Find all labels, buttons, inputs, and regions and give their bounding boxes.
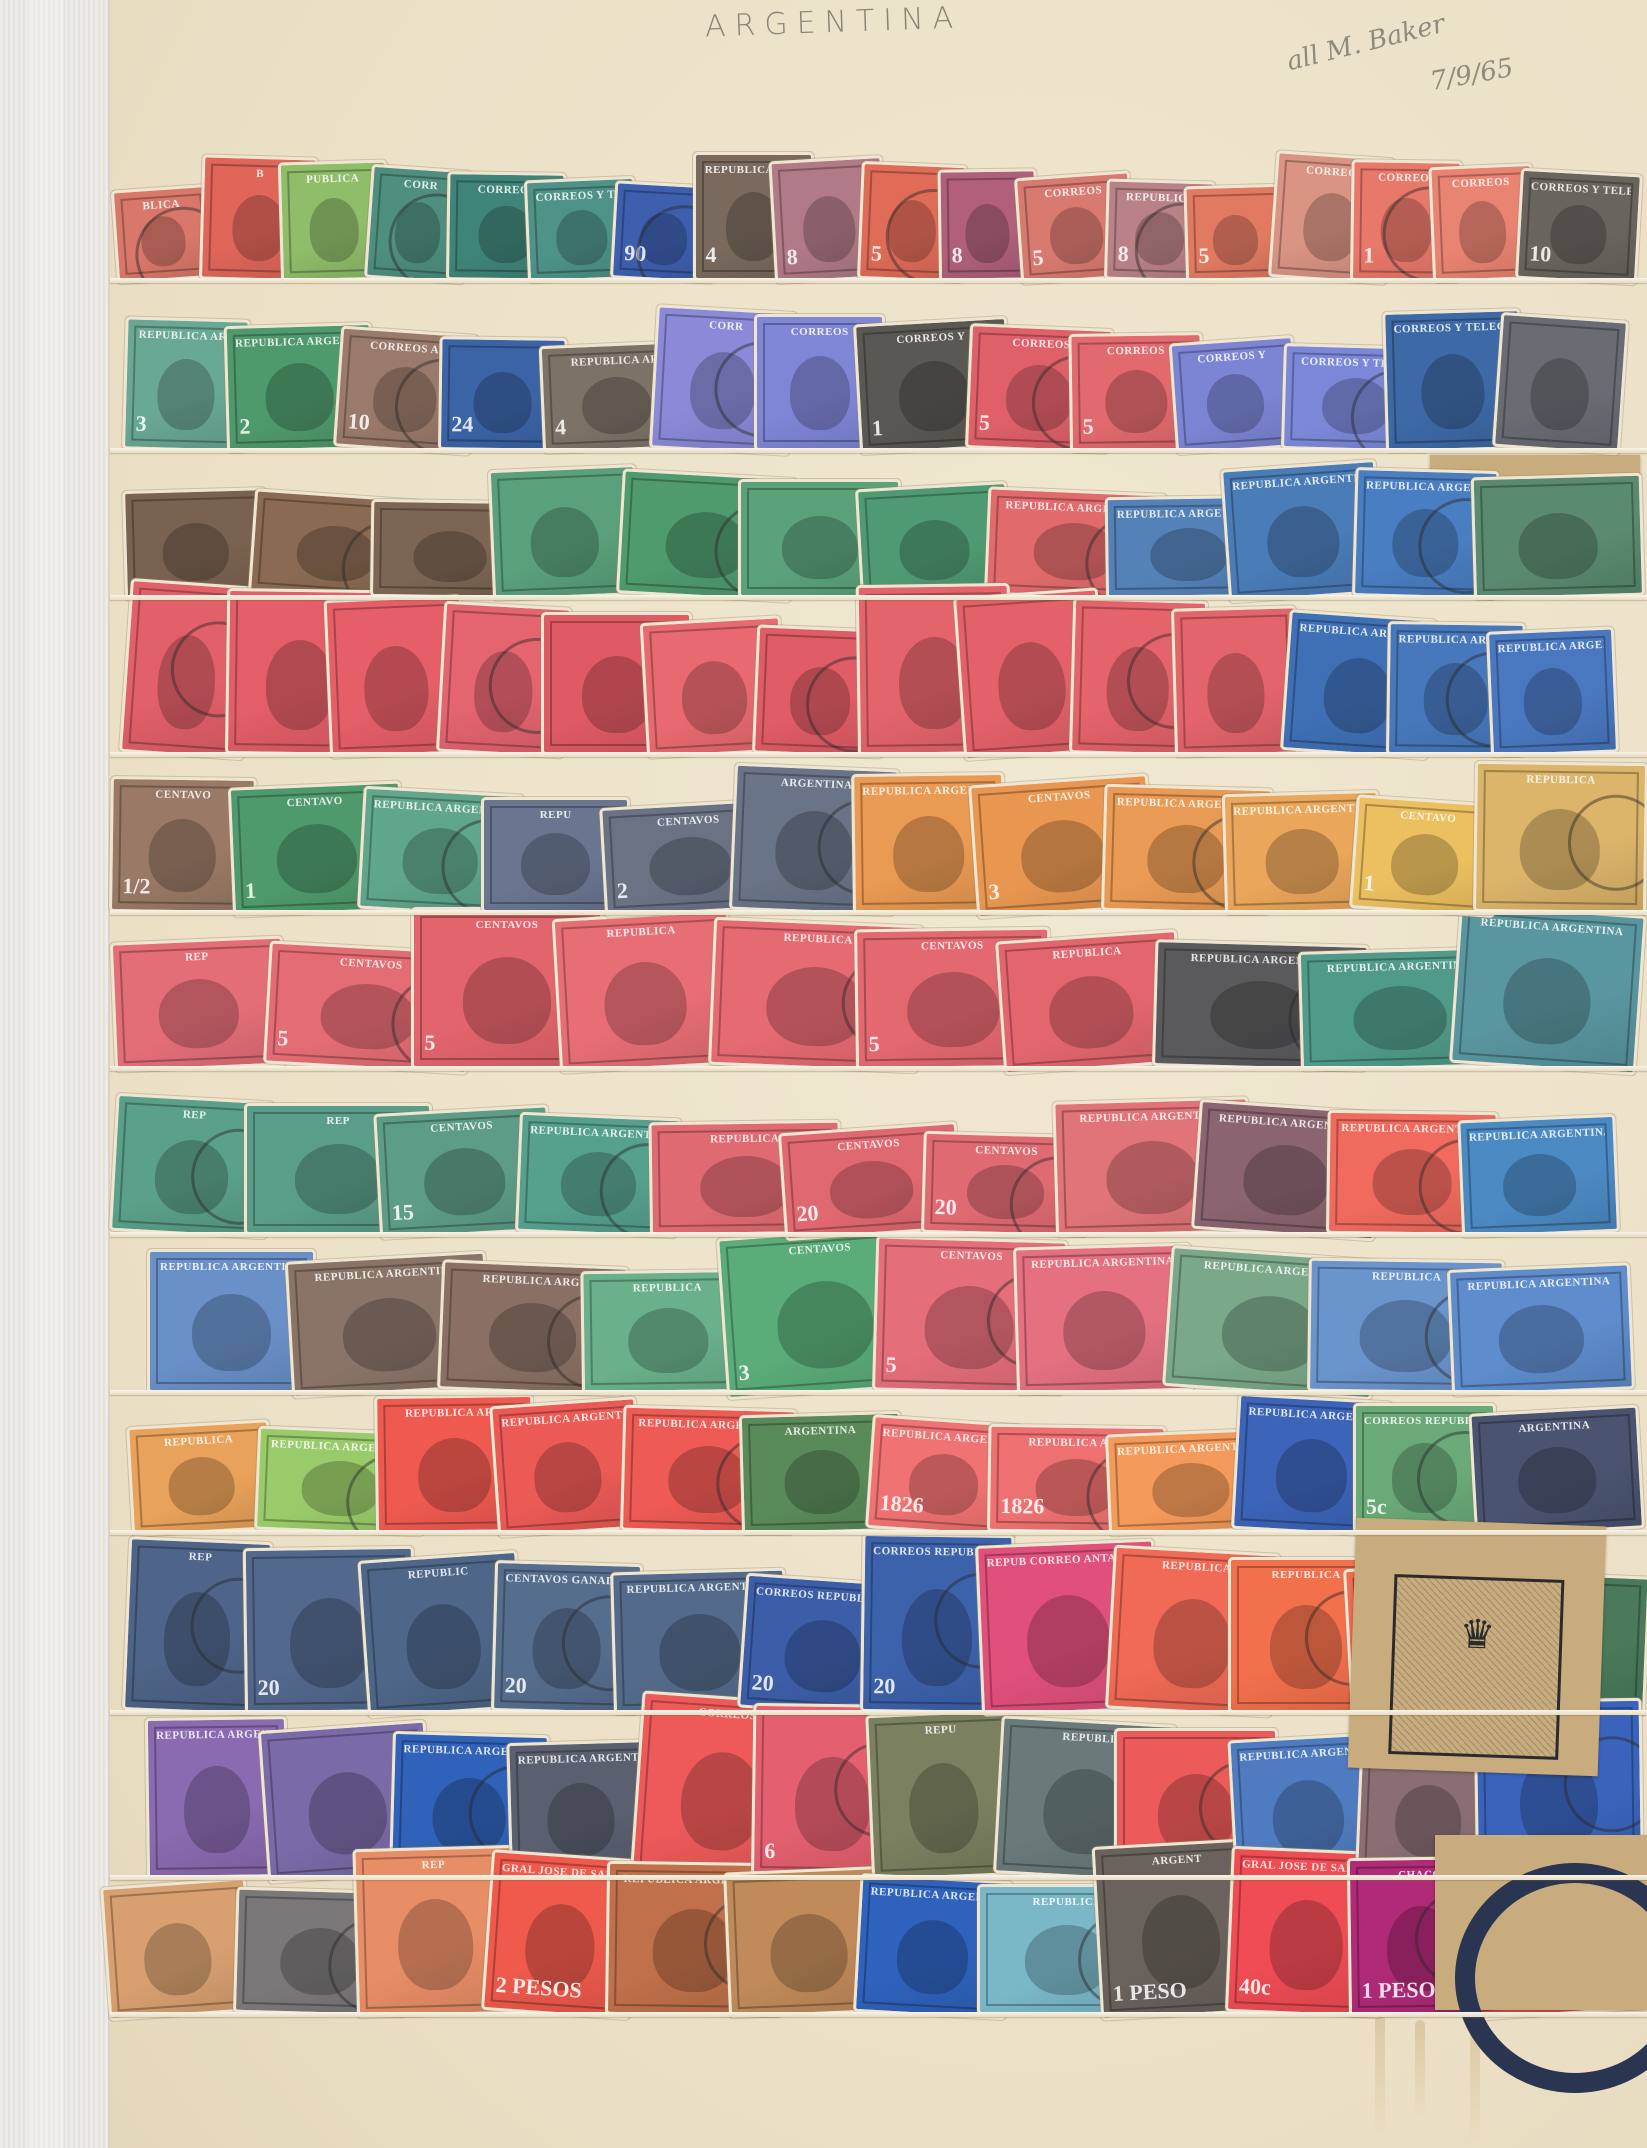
stamp xyxy=(491,468,638,598)
stamp-denomination: 20 xyxy=(796,1200,820,1227)
stamp-denomination: 10 xyxy=(347,408,371,435)
portrait-vignette xyxy=(700,1156,790,1218)
stamp xyxy=(125,490,266,597)
stamp-denomination: 6 xyxy=(764,1838,775,1864)
stamp-denomination: 5 xyxy=(870,240,882,266)
stamp: BLICA xyxy=(114,187,212,281)
stamp xyxy=(1174,608,1297,754)
pocket-edge xyxy=(110,1530,1647,1535)
portrait-vignette xyxy=(546,1783,615,1858)
portrait-vignette xyxy=(463,957,552,1045)
stamp: CORREOS Y xyxy=(1171,338,1297,452)
stamp: REPUBLICA ARGENTINA xyxy=(1489,630,1616,755)
portrait-vignette xyxy=(784,1449,861,1515)
portrait-vignette xyxy=(231,194,286,262)
stamp-denomination: 2 xyxy=(239,413,251,439)
portrait-vignette xyxy=(418,1437,492,1512)
album-binding-strip xyxy=(0,0,110,2148)
portrait-vignette xyxy=(1150,527,1228,582)
stamp-denomination: 8 xyxy=(786,244,798,271)
stamp: REPUBLICA ARGENTINA xyxy=(1452,906,1643,1072)
stamp: REPUBLICA xyxy=(554,912,733,1071)
stamp-denomination: 2 xyxy=(616,878,628,905)
stamp-denomination: 8 xyxy=(1117,241,1129,267)
portrait-vignette xyxy=(265,640,334,731)
pocket-edge xyxy=(110,1066,1647,1071)
stamp-denomination: 15 xyxy=(391,1199,414,1226)
stamp-denomination: 20 xyxy=(750,1669,774,1696)
stamp-denomination: 20 xyxy=(873,1673,895,1699)
stamp-denomination: 5 xyxy=(1083,413,1094,439)
portrait-vignette xyxy=(473,372,532,433)
stamp-denomination: 20 xyxy=(934,1194,957,1221)
stamp-denomination: 3 xyxy=(738,1360,751,1387)
portrait-vignette xyxy=(658,1613,741,1692)
stamp-denomination: 20 xyxy=(504,1672,527,1699)
stamp-denomination: 1 PESO xyxy=(1112,1976,1187,2006)
stamp-inscription: REPUBLICA ARGENTINA xyxy=(156,1729,276,1743)
portrait-vignette xyxy=(907,971,999,1048)
portrait-vignette xyxy=(156,358,215,431)
stamp: REPUBLICA ARGENTINA xyxy=(493,1399,643,1535)
stamp-denomination: 4 xyxy=(706,242,717,268)
envelope-cutout-argentina xyxy=(1435,1835,1647,2010)
stamp: REPUBLICA xyxy=(1476,764,1645,911)
stamp-denomination: 1826 xyxy=(1000,1493,1044,1520)
stamp-denomination: 1826 xyxy=(878,1490,924,1519)
portrait-vignette xyxy=(1265,829,1339,895)
stamp: REPUBLICA xyxy=(129,1422,272,1534)
portrait-vignette xyxy=(627,1308,708,1374)
stamp-inscription: CENTAVO xyxy=(122,788,246,802)
portrait-vignette xyxy=(1518,512,1599,580)
stamp-inscription: REPUBLICA xyxy=(592,1281,744,1295)
pocket-edge xyxy=(110,448,1647,453)
stamp-denomination: 5 xyxy=(869,1031,880,1057)
stamp-denomination: 5c xyxy=(1366,1494,1387,1520)
stamp-inscription: REPU xyxy=(492,809,619,821)
pocket-edge xyxy=(110,1710,1647,1715)
stamp-denomination: 1 xyxy=(871,415,883,442)
portrait-vignette xyxy=(582,656,652,733)
stamp: ARGENTINA xyxy=(1471,1408,1641,1535)
stamp-denomination: 10 xyxy=(1528,239,1551,266)
stamp-denomination: 20 xyxy=(257,1675,279,1701)
stamp: 5 xyxy=(1186,187,1284,279)
stamp xyxy=(1474,476,1642,597)
pocket-edge xyxy=(110,1875,1647,1880)
stamp-denomination: 1/2 xyxy=(122,873,150,899)
stamp: CORREOS Y TELEGRAFOS 10 xyxy=(1518,170,1639,281)
crown-icon: ♛ xyxy=(1459,1611,1496,1658)
pocket-edge xyxy=(110,278,1647,283)
pocket-edge xyxy=(110,1232,1647,1237)
stamp-denomination: 5 xyxy=(424,1030,435,1056)
portrait-vignette xyxy=(529,506,600,579)
portrait-vignette xyxy=(1106,1140,1199,1215)
stamp-denomination: 4 xyxy=(555,414,567,440)
stamp-denomination: 1 xyxy=(1363,870,1376,897)
stamp: REPUBLICA ARGENTINA xyxy=(1460,1117,1617,1235)
pocket-edge xyxy=(110,910,1647,915)
stamp: REPUBLICA ARGENTINA xyxy=(1450,1265,1632,1394)
pocket-edge xyxy=(110,1390,1647,1395)
stamp-denomination: 5 xyxy=(1198,243,1210,269)
stamp-denomination: 5 xyxy=(277,1025,289,1052)
portrait-vignette xyxy=(184,1766,250,1854)
stamp-denomination: 40c xyxy=(1238,1973,1271,2000)
stamp-denomination: 24 xyxy=(451,411,473,437)
stamp-denomination: 5 xyxy=(1032,244,1045,271)
stamp xyxy=(103,1880,251,2017)
stamp-denomination: 8 xyxy=(952,242,963,268)
portrait-vignette xyxy=(192,1294,270,1371)
portrait-vignette xyxy=(478,206,533,264)
stamp-denomination: 3 xyxy=(988,879,1001,906)
portrait-vignette xyxy=(265,362,335,432)
crown-print xyxy=(1388,1574,1564,1760)
portrait-vignette xyxy=(149,819,217,893)
stamp-denomination: 5 xyxy=(978,410,990,436)
stamp-denomination: 1 PESO xyxy=(1362,1976,1436,2003)
stamp-denomination: 1 xyxy=(245,877,257,903)
portrait-vignette xyxy=(893,815,965,891)
stamp xyxy=(1495,315,1626,452)
water-stain xyxy=(1415,2020,1425,2120)
pocket-edge xyxy=(110,2012,1647,2017)
portrait-vignette xyxy=(295,1144,382,1215)
portrait-vignette xyxy=(289,1597,370,1688)
pocket-edge xyxy=(110,595,1647,600)
portrait-vignette xyxy=(521,833,590,895)
envelope-cutout-crown-2: ♛ xyxy=(1348,1518,1607,1777)
stamp: REP xyxy=(113,939,285,1070)
portrait-vignette xyxy=(790,356,850,430)
stamp-denomination: 5 xyxy=(885,1352,897,1378)
stamp-inscription: REPUBLICA ARGENTINA xyxy=(158,1261,305,1273)
stamp-inscription: CORREOS REPUBLICA xyxy=(1364,1415,1485,1427)
portrait-vignette xyxy=(1212,214,1259,266)
pocket-edge xyxy=(110,752,1647,757)
portrait-vignette xyxy=(782,516,857,579)
stamp: REPU xyxy=(868,1712,1018,1878)
stamp-denomination: 3 xyxy=(135,411,147,437)
stamp-denomination: 1 xyxy=(1363,241,1374,267)
stamp-inscription: REPUBLICA xyxy=(1486,773,1637,787)
water-stain xyxy=(1375,2010,1385,2140)
